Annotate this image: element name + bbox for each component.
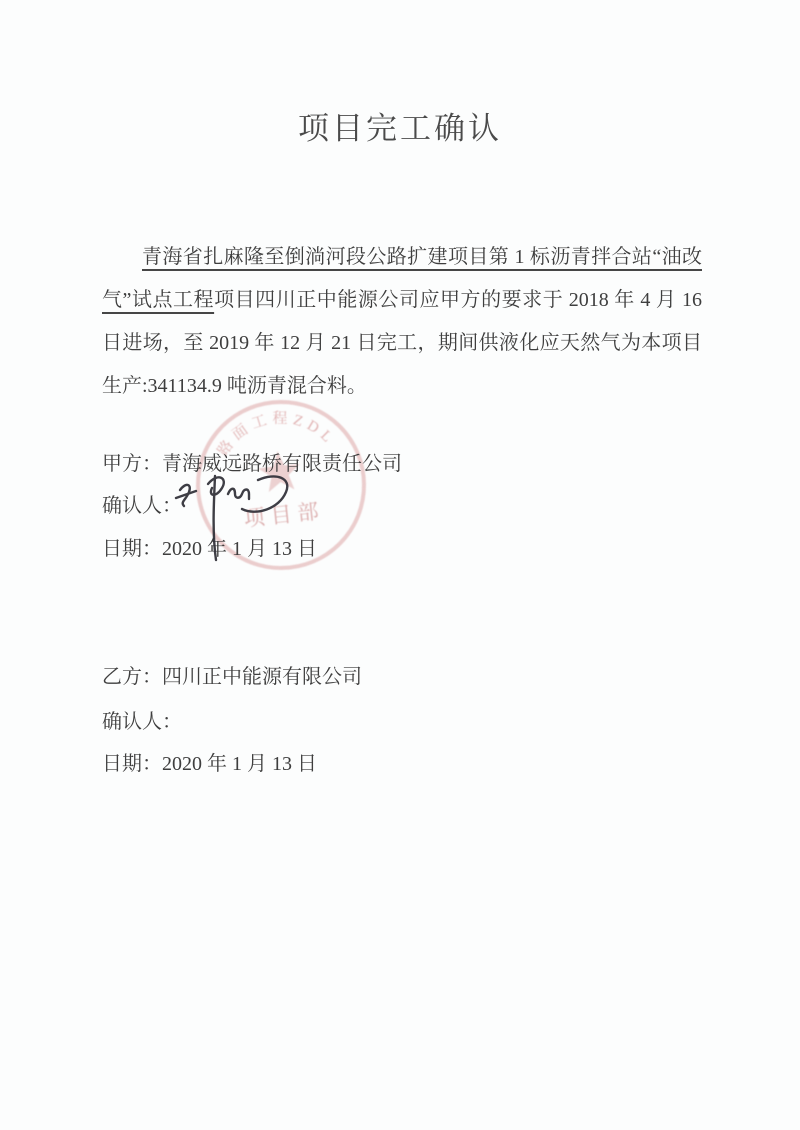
party-b-name: 四川正中能源有限公司: [162, 666, 362, 688]
underlined-text: 青海省扎麻隆至倒淌河段公路扩建项目第 1 标沥青拌合站“油改: [142, 246, 702, 268]
handwritten-signature: [166, 460, 316, 566]
party-b-label: 乙方：: [102, 666, 162, 688]
party-b-date-label: 日期：: [102, 753, 162, 775]
party-b-date-value: 2020 年 1 月 13 日: [162, 753, 317, 775]
paragraph-line-3: 日进场，至 2019 年 12 月 21 日完工，期间供液化应天然气为本项目: [102, 322, 702, 365]
paragraph-line-4: 生产:341134.9 吨沥青混合料。: [102, 365, 702, 408]
party-b-line: 乙方：四川正中能源有限公司: [102, 660, 362, 689]
document-title: 项目完工确认: [0, 103, 800, 148]
party-a-date-label: 日期：: [102, 538, 162, 560]
party-b-confirm-line: 确认人：: [102, 705, 182, 734]
party-b-date-line: 日期：2020 年 1 月 13 日: [102, 747, 317, 776]
plain-text: 项目四川正中能源公司应甲方的要求于 2018 年 4 月 16: [214, 289, 702, 311]
document-page: 项目完工确认 路面工程ZDL 项目部 青海省扎麻隆至倒淌河段公路扩建项目第 1 …: [0, 0, 800, 1130]
party-a-label: 甲方：: [102, 453, 162, 475]
party-b-confirm-label: 确认人：: [102, 711, 182, 733]
paragraph-line-1: 青海省扎麻隆至倒淌河段公路扩建项目第 1 标沥青拌合站“油改: [102, 236, 702, 279]
body-paragraph: 青海省扎麻隆至倒淌河段公路扩建项目第 1 标沥青拌合站“油改 气”试点工程项目四…: [102, 236, 702, 408]
paragraph-line-2: 气”试点工程项目四川正中能源公司应甲方的要求于 2018 年 4 月 16: [102, 279, 702, 322]
underlined-text: 气”试点工程: [102, 289, 214, 311]
